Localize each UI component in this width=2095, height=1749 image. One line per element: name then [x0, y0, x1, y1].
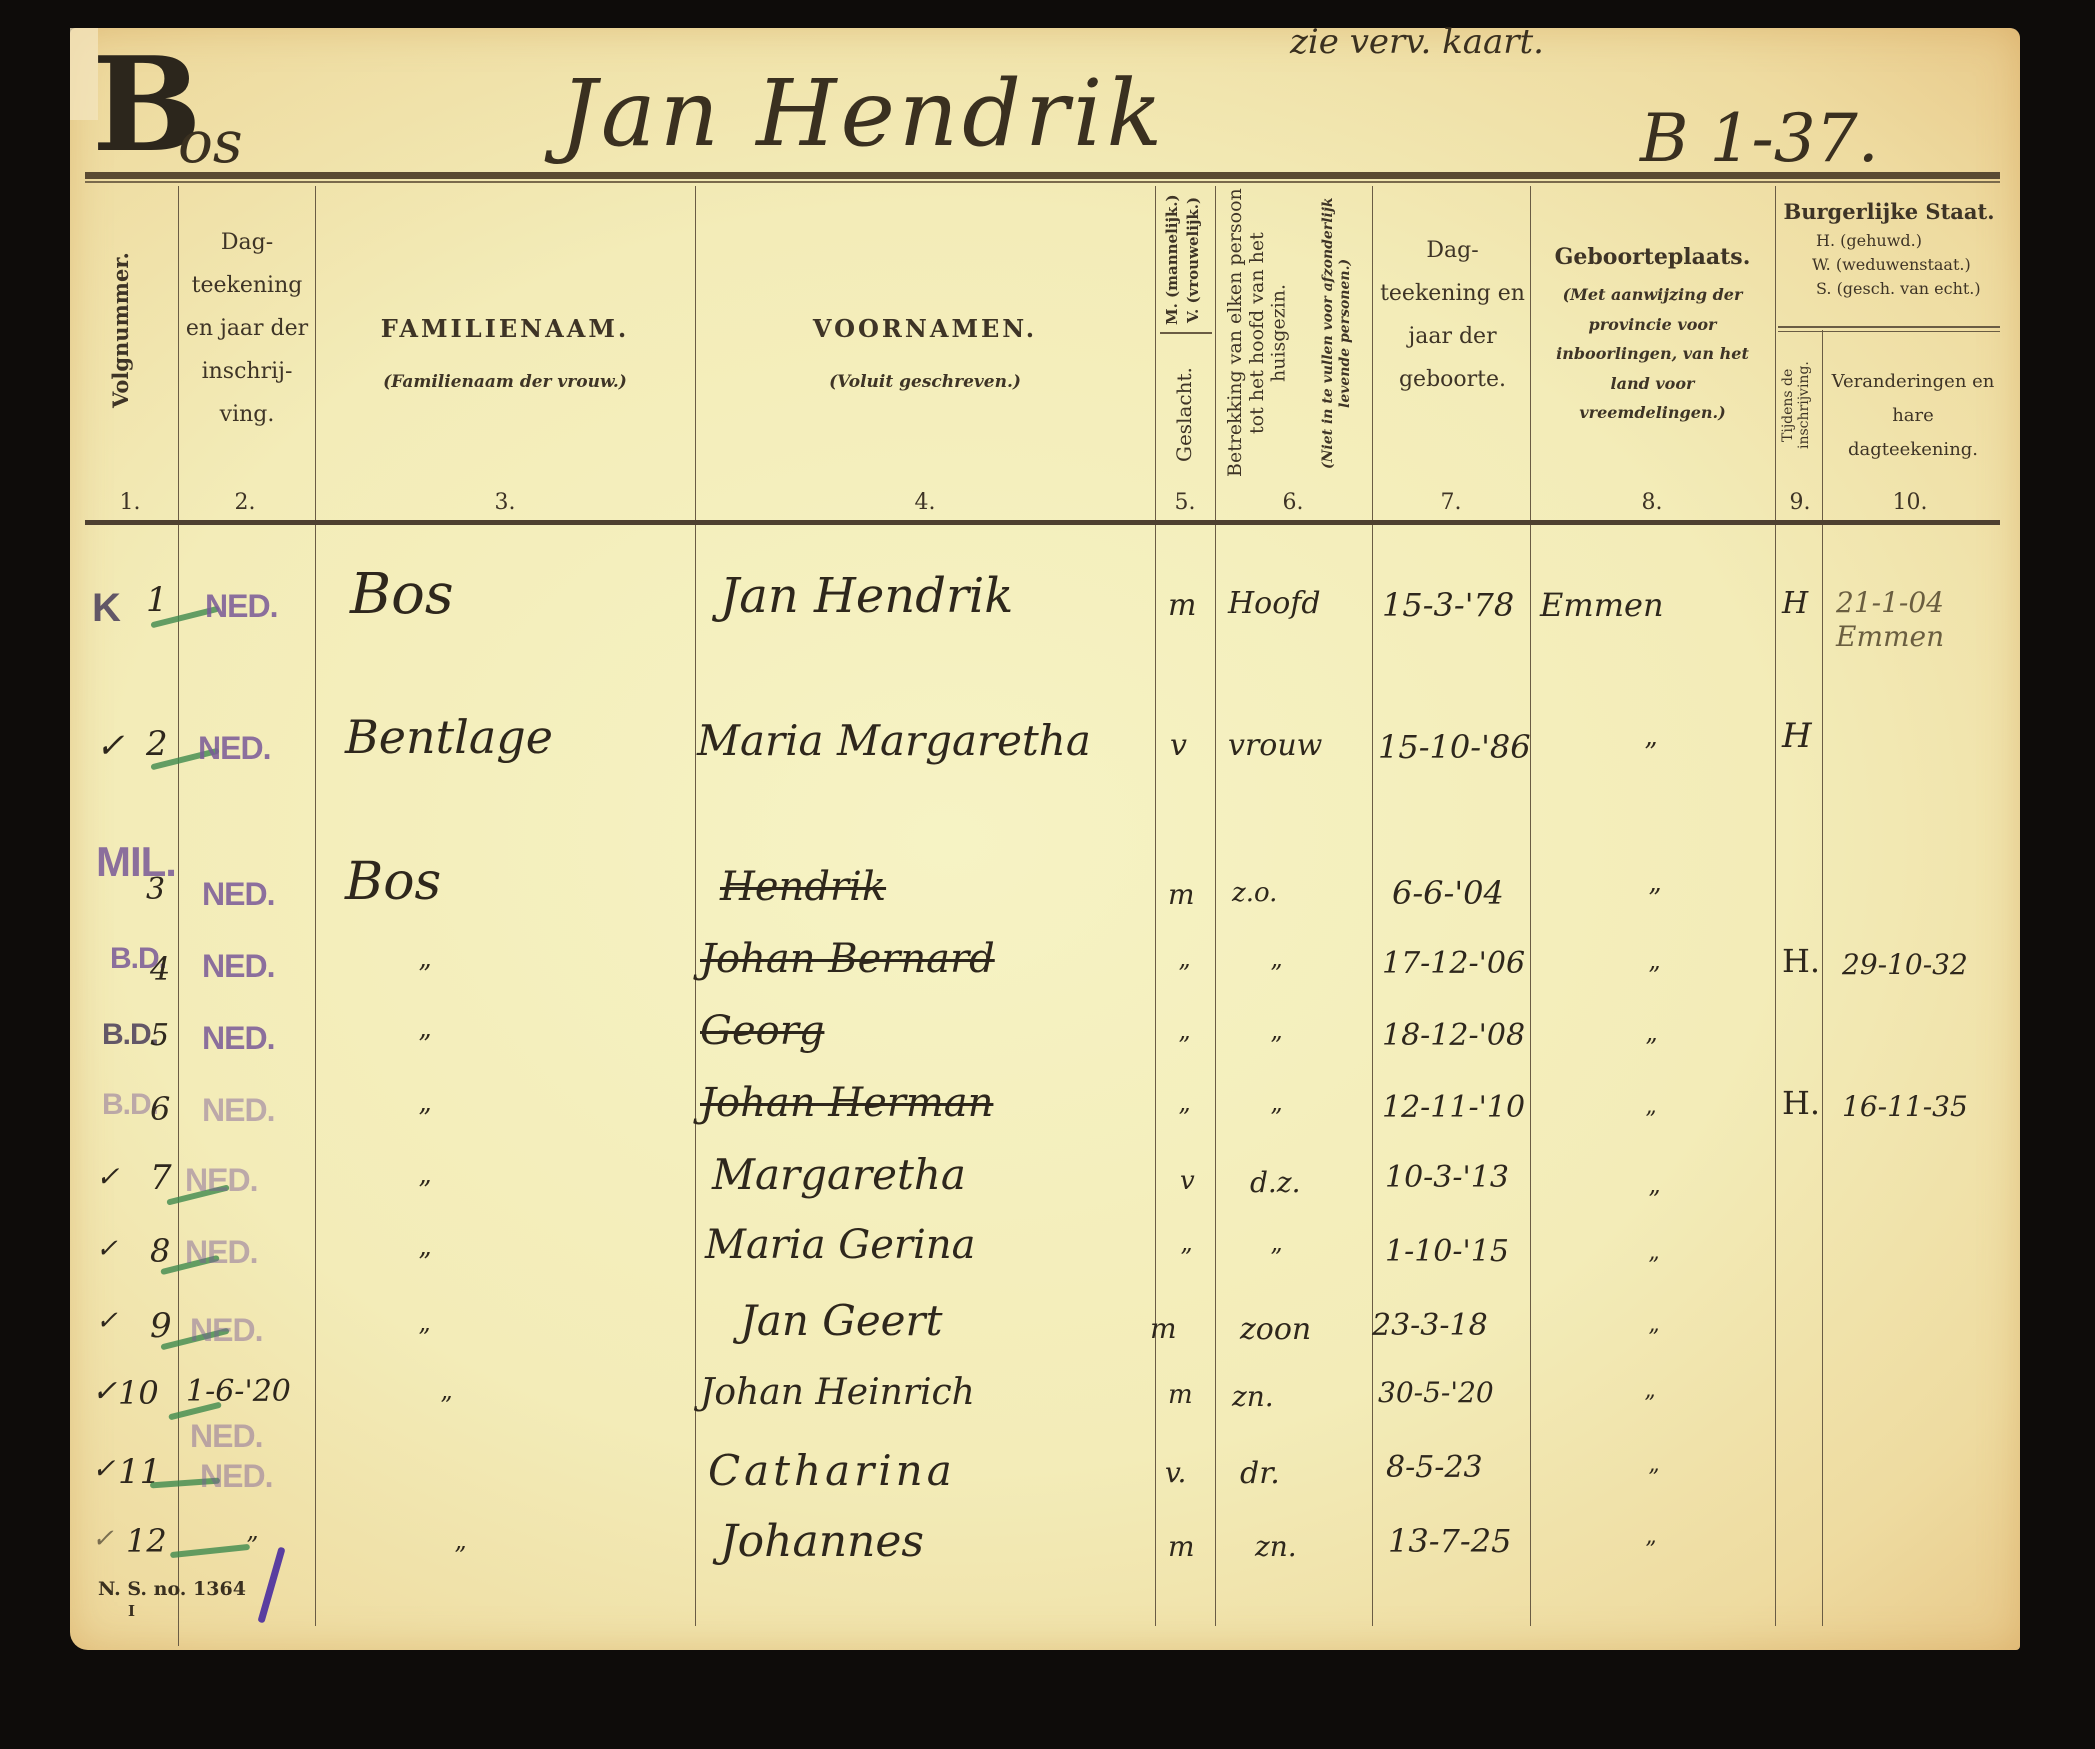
row-inschrijving: NED.: [205, 588, 277, 625]
col-num-2: 2.: [215, 490, 275, 515]
row-geboorteplaats: ”: [1648, 884, 1661, 914]
row-voornamen: Johan Heinrich: [700, 1372, 975, 1413]
row-geboorteplaats: ”: [1645, 1108, 1656, 1133]
row-betrekking: z.o.: [1232, 878, 1277, 908]
row-inschrijving: NED.: [202, 948, 274, 985]
top-rule: [85, 172, 2000, 179]
row-geslacht: m: [1168, 878, 1195, 911]
row-staat-tijdens: H: [1782, 716, 1812, 756]
header-col10: Veranderingen en hare dagteekening.: [1828, 365, 1998, 468]
row-staat-tijdens: H.: [1782, 942, 1820, 980]
row-geboorteplaats: ”: [1648, 1254, 1659, 1279]
header-col8: Geboorteplaats. (Met aanwijzing der prov…: [1535, 240, 1770, 428]
row-familienaam: Bos: [350, 562, 454, 627]
row-betrekking: zoon: [1240, 1312, 1311, 1347]
row-volgnummer: 7: [150, 1158, 172, 1198]
row-geboorteplaats: ”: [1648, 1186, 1660, 1214]
col-divider: [695, 186, 696, 1626]
col-divider: [1778, 331, 2000, 332]
col-divider: [1530, 186, 1531, 1626]
header-col9: Tijdens de inschrijving.: [1780, 340, 1818, 470]
row-familienaam: ”: [454, 1542, 466, 1570]
col-num-1: 1.: [100, 490, 160, 515]
row-staat-tijdens: H.: [1782, 1084, 1820, 1122]
row-inschrijving: NED.: [202, 1092, 274, 1129]
row-geboorteplaats: ”: [1645, 1538, 1656, 1563]
header-col5-v: V. (vrouwelijk.): [1184, 197, 1202, 323]
row-veranderingen: 16-11-35: [1842, 1090, 1968, 1123]
row-betrekking: dr.: [1240, 1456, 1280, 1491]
row-voornamen: Jan Geert: [740, 1296, 943, 1345]
row-geslacht: m: [1168, 1380, 1193, 1410]
row-geboorte: 15-3-'78: [1382, 586, 1514, 624]
header-col8-sub: (Met aanwijzing der provincie voor inboo…: [1535, 280, 1770, 428]
row-voornamen: Hendrik: [720, 864, 1140, 910]
row-familienaam: ”: [418, 1176, 431, 1206]
row-familienaam: ”: [418, 1324, 430, 1352]
header-col5: Geslacht.: [1172, 350, 1196, 480]
top-rule-thin: [85, 181, 2000, 183]
row-voornamen: Maria Gerina: [705, 1222, 975, 1268]
check-icon: ✓: [96, 1234, 118, 1264]
check-icon: ✓: [96, 1306, 118, 1336]
row-geboorte: 30-5-'20: [1378, 1376, 1494, 1409]
row-geboorteplaats: ”: [1644, 1392, 1655, 1417]
row-volgnummer: 1: [146, 580, 168, 620]
check-icon: ✓: [92, 1452, 115, 1485]
header-bottom-rule: [85, 520, 2000, 525]
row-geboorte: 12-11-'10: [1382, 1090, 1525, 1125]
header-col1: Volgnummer.: [108, 240, 133, 420]
row-betrekking: ”: [1270, 1104, 1282, 1132]
header-col3-sub: (Familienaam der vrouw.): [320, 369, 690, 395]
check-icon: ✓: [92, 1524, 114, 1554]
row-betrekking: vrouw: [1228, 728, 1322, 763]
row-geboorte: 13-7-25: [1388, 1522, 1511, 1560]
row-veranderingen: 29-10-32: [1842, 948, 1968, 981]
check-icon: ✓: [96, 726, 125, 766]
header-burgerlijke-staat: Burgerlijke Staat. H. (gehuwd.) W. (wedu…: [1778, 196, 2000, 301]
col-num-4: 4.: [895, 490, 955, 515]
row-geslacht: ”: [1178, 1032, 1190, 1060]
check-icon: ✓: [96, 1160, 119, 1193]
row-staat-tijdens: H: [1782, 586, 1808, 621]
col-divider: [178, 186, 179, 1646]
row-geboorteplaats: ”: [1648, 1466, 1659, 1491]
row-geboorte: 18-12-'08: [1382, 1018, 1525, 1053]
row-geslacht: m: [1150, 1312, 1177, 1345]
row-geslacht: ”: [1180, 1244, 1192, 1272]
row-stamp: K: [92, 586, 120, 631]
row-geboorte: 1-10-'15: [1385, 1234, 1509, 1269]
row-volgnummer: 3: [146, 872, 165, 907]
title-given-names: Jan Hendrik: [560, 60, 1166, 167]
row-betrekking: ”: [1270, 1244, 1282, 1272]
row-inschrijving: ”: [246, 1532, 258, 1560]
header-col8-title: Geboorteplaats.: [1535, 240, 1770, 274]
col-num-3: 3.: [475, 490, 535, 515]
row-geslacht: ”: [1178, 960, 1190, 988]
form-number: N. S. no. 1364: [98, 1578, 246, 1600]
row-familienaam: Bentlage: [345, 710, 553, 764]
header-col6: Betrekking van elken persoon tot het hoo…: [1225, 188, 1335, 478]
row-geslacht: v: [1180, 1166, 1195, 1196]
row-betrekking: d.z.: [1250, 1166, 1300, 1199]
row-familienaam: ”: [418, 1104, 431, 1134]
row-geboorte: 6-6-'04: [1392, 874, 1504, 912]
col-divider: [1778, 326, 2000, 328]
row-inschrijving: NED.: [202, 1020, 274, 1057]
row-familienaam: ”: [418, 1248, 431, 1278]
row-geslacht: m: [1168, 1530, 1195, 1563]
row-voornamen: Jan Hendrik: [720, 568, 1013, 624]
row-inschrijving: NED.: [190, 1312, 262, 1349]
row-geboorte: 8-5-23: [1386, 1450, 1483, 1485]
row-veranderingen: 21-1-04 Emmen: [1836, 586, 2006, 653]
row-geslacht: ”: [1178, 1104, 1190, 1132]
row-geboorte: 17-12-'06: [1382, 946, 1525, 981]
col-divider: [315, 186, 316, 1626]
row-voornamen: Johannes: [720, 1516, 924, 1567]
row-volgnummer: 4: [150, 950, 170, 988]
title-surname: os: [178, 108, 243, 176]
row-voornamen: Margaretha: [712, 1150, 966, 1199]
col-num-10: 10.: [1880, 490, 1940, 515]
header-col3-title: FAMILIENAAM.: [320, 310, 690, 347]
row-volgnummer: 10: [118, 1374, 159, 1412]
header-col2: Dag- teekening en jaar der inschrij- vin…: [183, 222, 311, 436]
staat-w: W. (weduwenstaat.): [1778, 253, 2000, 277]
row-betrekking: zn.: [1232, 1380, 1274, 1413]
row-geslacht: v.: [1165, 1456, 1186, 1489]
header-col5-m: M. (mannelijk.): [1163, 195, 1181, 326]
row-inschrijving: NED.: [198, 730, 270, 767]
title-reference: B 1-37.: [1640, 100, 1879, 177]
form-sub-number: I: [128, 1602, 135, 1620]
row-volgnummer: 6: [150, 1090, 170, 1128]
row-geboorteplaats: ”: [1644, 738, 1657, 768]
row-voornamen: Johan Bernard: [700, 936, 1120, 982]
header-col6-sub: (Niet in te vullen voor afzonderlijk lev…: [1320, 188, 1364, 478]
extra-stamp: NED.: [190, 1418, 262, 1455]
row-inschrijving: NED.: [185, 1234, 257, 1271]
row-betrekking: Hoofd: [1228, 586, 1321, 621]
row-betrekking: ”: [1270, 1032, 1282, 1060]
row-volgnummer: 2: [146, 724, 168, 764]
col-num-6: 6.: [1263, 490, 1323, 515]
row-volgnummer: 5: [150, 1018, 169, 1053]
header-col3: FAMILIENAAM. (Familienaam der vrouw.): [320, 310, 690, 396]
header-col4-title: VOORNAMEN.: [700, 310, 1150, 347]
col-divider: [1160, 332, 1212, 334]
row-voornamen: Catharina: [708, 1446, 956, 1495]
col-divider: [1372, 186, 1373, 1626]
col-num-9: 9.: [1778, 490, 1822, 515]
col-divider: [1155, 186, 1156, 1626]
row-geslacht: v: [1170, 728, 1187, 763]
header-col5-mv: M. (mannelijk.) V. (vrouwelijk.): [1162, 190, 1204, 330]
row-inschrijving: NED.: [200, 1458, 272, 1495]
row-voornamen: Maria Margaretha: [697, 716, 1091, 765]
col-num-5: 5.: [1157, 490, 1213, 515]
row-betrekking: ”: [1270, 960, 1282, 988]
col-num-8: 8.: [1622, 490, 1682, 515]
row-geboorteplaats: Emmen: [1540, 586, 1664, 624]
row-geboorte: 23-3-18: [1372, 1308, 1488, 1343]
row-familienaam: ”: [440, 1392, 452, 1420]
row-volgnummer: 12: [126, 1522, 167, 1560]
row-volgnummer: 8: [150, 1232, 170, 1270]
row-familienaam: Bos: [345, 852, 441, 912]
check-icon: ✓: [92, 1374, 117, 1409]
row-inschrijving: NED.: [185, 1162, 257, 1199]
header-col4: VOORNAMEN. (Voluit geschreven.): [700, 310, 1150, 396]
row-geboorteplaats: ”: [1645, 1034, 1657, 1062]
col-num-7: 7.: [1421, 490, 1481, 515]
row-familienaam: ”: [418, 960, 431, 990]
row-betrekking: zn.: [1255, 1530, 1297, 1563]
row-inschrijving: NED.: [202, 876, 274, 913]
row-volgnummer: 9: [150, 1306, 172, 1346]
row-geboorte: 10-3-'13: [1385, 1160, 1509, 1195]
row-voornamen: Georg: [700, 1008, 1140, 1054]
row-familienaam: ”: [418, 1030, 431, 1060]
burgerlijke-staat-title: Burgerlijke Staat.: [1778, 196, 2000, 229]
row-voornamen: Johan Herman: [700, 1080, 1140, 1126]
staat-h: H. (gehuwd.): [1778, 229, 2000, 253]
row-geboorteplaats: ”: [1648, 962, 1660, 990]
row-geslacht: m: [1168, 588, 1196, 623]
header-col7: Dag- teekening en jaar der geboorte.: [1380, 230, 1525, 402]
col-divider: [1215, 186, 1216, 1626]
header-col4-sub: (Voluit geschreven.): [700, 369, 1150, 395]
col-divider: [1775, 186, 1776, 1626]
title-note: zie verv. kaart.: [1290, 22, 1544, 62]
row-geboorteplaats: ”: [1648, 1326, 1659, 1351]
row-inschrijving: 1-6-'20: [186, 1374, 291, 1409]
staat-s: S. (gesch. van echt.): [1778, 277, 2000, 301]
row-geboorte: 15-10-'86: [1378, 728, 1531, 766]
